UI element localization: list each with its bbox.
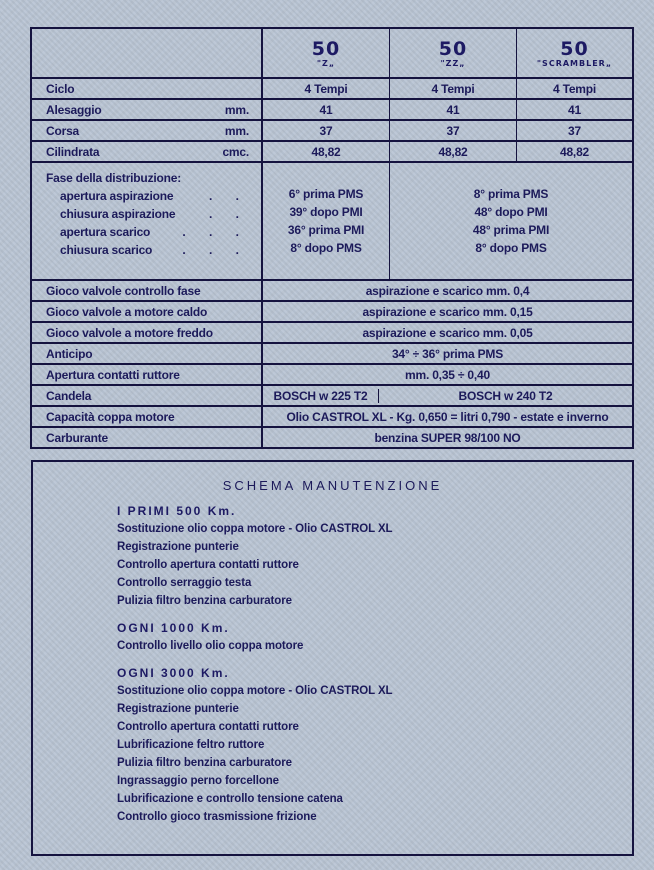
fase-item-label: apertura scarico. . . — [46, 223, 261, 241]
maintenance-item: Registrazione punterie — [117, 538, 612, 556]
spec-row: Anticipo34° ÷ 36° prima PMS — [31, 343, 633, 364]
spec-row: Gioco valvole a motore caldoaspirazione … — [31, 301, 633, 322]
model-number: 50 — [517, 39, 632, 59]
model-number: 50 — [263, 39, 389, 59]
row-label: Gioco valvole a motore freddo — [31, 322, 262, 343]
maintenance-item: Controllo apertura contatti ruttore — [117, 556, 612, 574]
fase-item-text: chiusura scarico — [60, 243, 152, 257]
leader-dots: . . . — [182, 241, 249, 259]
fase-item-text: apertura aspirazione — [60, 189, 173, 203]
fase-item-label: apertura aspirazione. . — [46, 187, 261, 205]
candela-value-zz-scrambler: BOSCH w 240 T2 — [379, 389, 632, 403]
model-name: "Z„ — [263, 59, 389, 68]
row-value: 4 Tempi — [517, 78, 634, 99]
row-value: 48,82 — [390, 141, 517, 162]
row-label-cell: Ciclo — [31, 78, 262, 99]
maintenance-sections: I PRIMI 500 Km.Sostituzione olio coppa m… — [117, 502, 612, 826]
row-value: 4 Tempi — [262, 78, 390, 99]
maintenance-item: Controllo apertura contatti ruttore — [117, 718, 612, 736]
fase-labels: Fase della distribuzione: apertura aspir… — [31, 162, 262, 280]
spec-row: Cilindratacmc.48,8248,8248,82 — [31, 141, 633, 162]
candela-value-z: BOSCH w 225 T2 — [263, 389, 379, 403]
model-number: 50 — [390, 39, 516, 59]
row-label: Candela — [31, 385, 262, 406]
row-label: Apertura contatti ruttore — [31, 364, 262, 385]
row-value: 41 — [517, 99, 634, 120]
model-header-scrambler: 50"SCRAMBLER„ — [517, 28, 634, 78]
fase-values-zz-scrambler: 8° prima PMS48° dopo PMI48° prima PMI8° … — [390, 162, 634, 280]
spec-row: Alesaggiomm.414141 — [31, 99, 633, 120]
model-header-z: 50"Z„ — [262, 28, 390, 78]
row-label: Carburante — [31, 427, 262, 448]
spec-row: Gioco valvole controllo faseaspirazione … — [31, 280, 633, 301]
row-value: 4 Tempi — [390, 78, 517, 99]
row-label: Anticipo — [31, 343, 262, 364]
row-unit: mm. — [225, 103, 261, 117]
row-label: Gioco valvole controllo fase — [31, 280, 262, 301]
leader-dots: . . . — [182, 223, 249, 241]
maintenance-item: Pulizia filtro benzina carburatore — [117, 754, 612, 772]
row-value: 48,82 — [517, 141, 634, 162]
row-label-cell: Corsamm. — [31, 120, 262, 141]
fase-value-zz-scrambler: 8° prima PMS — [390, 185, 632, 203]
fase-value-z: 36° prima PMI — [263, 221, 389, 239]
row-value: 37 — [262, 120, 390, 141]
row-value: Olio CASTROL XL - Kg. 0,650 = litri 0,79… — [262, 406, 633, 427]
spec-row: Gioco valvole a motore freddoaspirazione… — [31, 322, 633, 343]
fase-item-text: chiusura aspirazione — [60, 207, 175, 221]
fase-value-z: 39° dopo PMI — [263, 203, 389, 221]
row-value: aspirazione e scarico mm. 0,15 — [262, 301, 633, 322]
fase-value-zz-scrambler: 48° dopo PMI — [390, 203, 632, 221]
fase-item-text: apertura scarico — [60, 225, 150, 239]
candela-row: Candela BOSCH w 225 T2 BOSCH w 240 T2 — [31, 385, 633, 406]
row-unit: cmc. — [222, 145, 261, 159]
maintenance-title: SCHEMA MANUTENZIONE — [33, 478, 632, 493]
fase-value-z: 8° dopo PMS — [263, 239, 389, 257]
row-value: 37 — [390, 120, 517, 141]
maintenance-box: SCHEMA MANUTENZIONE I PRIMI 500 Km.Sosti… — [31, 460, 634, 856]
fase-title: Fase della distribuzione: — [46, 169, 261, 187]
section-heading: I PRIMI 500 Km. — [117, 502, 612, 520]
maintenance-item: Pulizia filtro benzina carburatore — [117, 592, 612, 610]
row-value: aspirazione e scarico mm. 0,05 — [262, 322, 633, 343]
fase-value-zz-scrambler: 48° prima PMI — [390, 221, 632, 239]
spec-row: Corsamm.373737 — [31, 120, 633, 141]
fase-value-z: 6° prima PMS — [263, 185, 389, 203]
row-label: Capacità coppa motore — [31, 406, 262, 427]
row-value: 41 — [262, 99, 390, 120]
maintenance-item: Ingrassaggio perno forcellone — [117, 772, 612, 790]
spec-row: Apertura contatti ruttoremm. 0,35 ÷ 0,40 — [31, 364, 633, 385]
leader-dots: . . — [209, 187, 249, 205]
row-value: mm. 0,35 ÷ 0,40 — [262, 364, 633, 385]
model-name: "SCRAMBLER„ — [517, 59, 632, 68]
maintenance-item: Controllo livello olio coppa motore — [117, 637, 612, 655]
row-value: 37 — [517, 120, 634, 141]
spec-header-row: 50"Z„ 50"ZZ„ 50"SCRAMBLER„ — [31, 28, 633, 78]
spec-table: 50"Z„ 50"ZZ„ 50"SCRAMBLER„ Ciclo4 Tempi4… — [30, 27, 634, 449]
row-label: Corsa — [46, 124, 79, 138]
fase-item-label: chiusura scarico. . . — [46, 241, 261, 259]
spec-row: Ciclo4 Tempi4 Tempi4 Tempi — [31, 78, 633, 99]
header-empty-cell — [31, 28, 262, 78]
spec-row: Capacità coppa motoreOlio CASTROL XL - K… — [31, 406, 633, 427]
row-unit: mm. — [225, 124, 261, 138]
row-label: Ciclo — [46, 82, 74, 96]
section-heading: OGNI 1000 Km. — [117, 619, 612, 637]
fase-values-z: 6° prima PMS39° dopo PMI36° prima PMI8° … — [262, 162, 390, 280]
row-value: benzina SUPER 98/100 NO — [262, 427, 633, 448]
fase-value-zz-scrambler: 8° dopo PMS — [390, 239, 632, 257]
row-value: 41 — [390, 99, 517, 120]
row-label-cell: Alesaggiomm. — [31, 99, 262, 120]
spec-row: Carburantebenzina SUPER 98/100 NO — [31, 427, 633, 448]
leader-dots: . . — [209, 205, 249, 223]
model-header-zz: 50"ZZ„ — [390, 28, 517, 78]
row-value: 34° ÷ 36° prima PMS — [262, 343, 633, 364]
row-label: Cilindrata — [46, 145, 99, 159]
row-value: 48,82 — [262, 141, 390, 162]
candela-values: BOSCH w 225 T2 BOSCH w 240 T2 — [262, 385, 633, 406]
model-name: "ZZ„ — [390, 59, 516, 68]
fase-distribuzione-row: Fase della distribuzione: apertura aspir… — [31, 162, 633, 280]
maintenance-item: Sostituzione olio coppa motore - Olio CA… — [117, 682, 612, 700]
maintenance-item: Sostituzione olio coppa motore - Olio CA… — [117, 520, 612, 538]
maintenance-item: Controllo serraggio testa — [117, 574, 612, 592]
fase-item-label: chiusura aspirazione. . — [46, 205, 261, 223]
row-label: Alesaggio — [46, 103, 102, 117]
section-heading: OGNI 3000 Km. — [117, 664, 612, 682]
row-label: Gioco valvole a motore caldo — [31, 301, 262, 322]
row-value: aspirazione e scarico mm. 0,4 — [262, 280, 633, 301]
maintenance-item: Lubrificazione feltro ruttore — [117, 736, 612, 754]
maintenance-item: Registrazione punterie — [117, 700, 612, 718]
maintenance-item: Controllo gioco trasmissione frizione — [117, 808, 612, 826]
maintenance-item: Lubrificazione e controllo tensione cate… — [117, 790, 612, 808]
row-label-cell: Cilindratacmc. — [31, 141, 262, 162]
